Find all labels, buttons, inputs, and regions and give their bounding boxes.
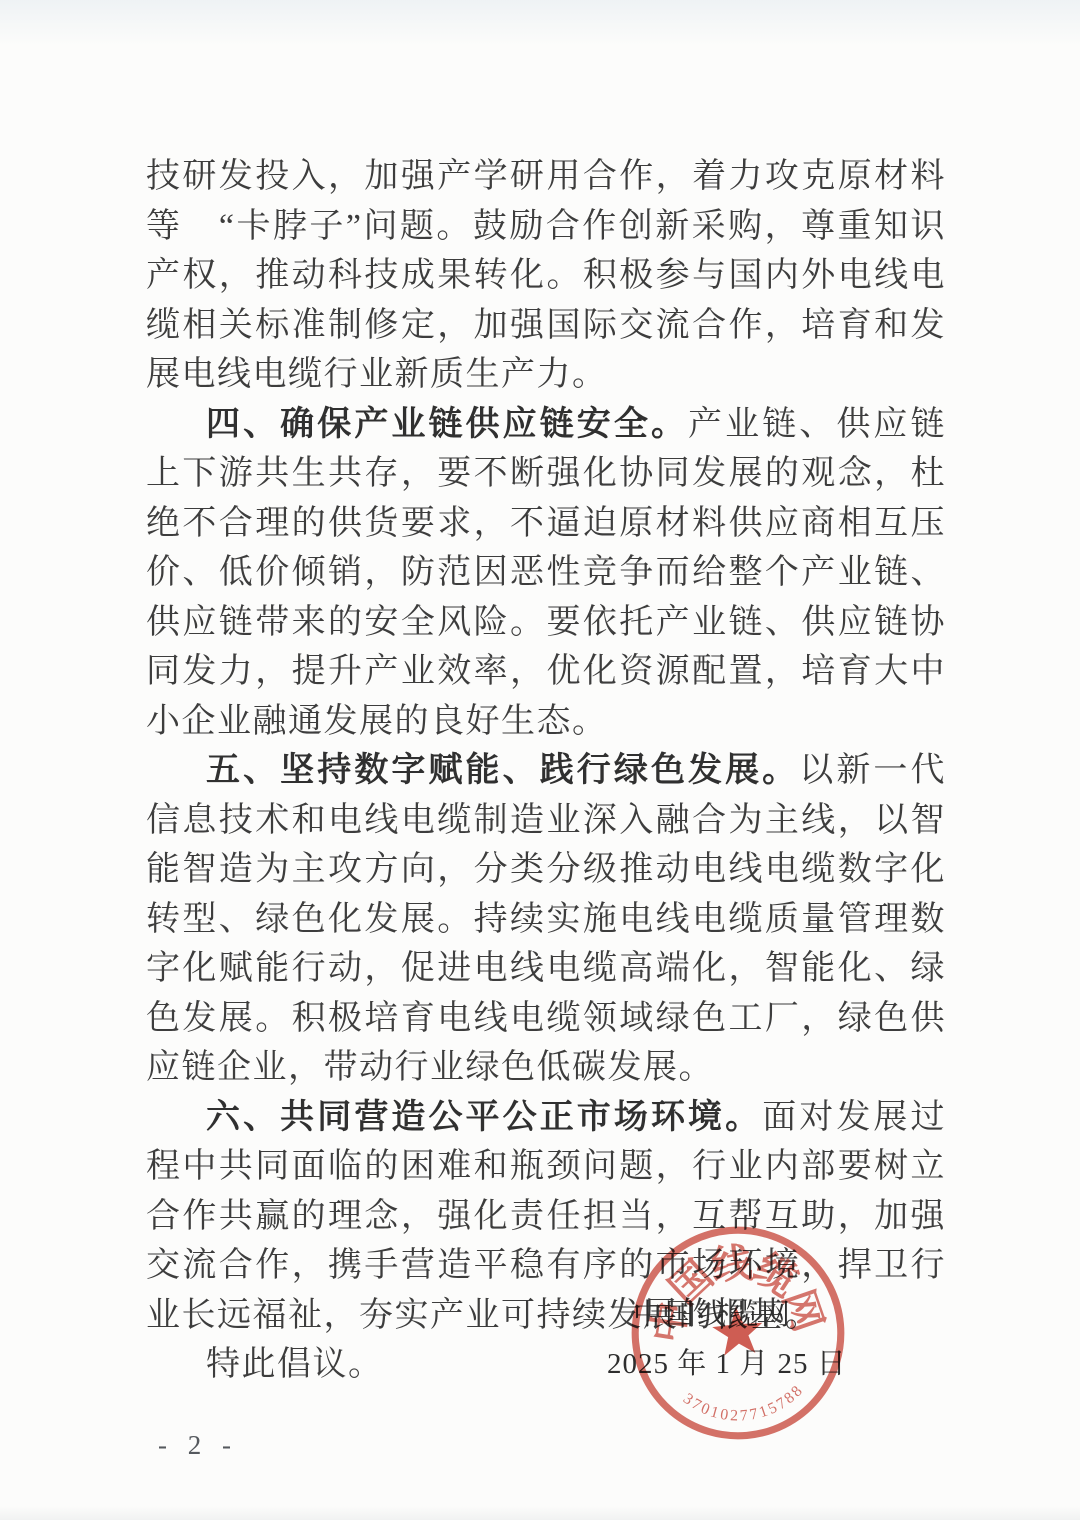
paragraph-heading: 五、坚持数字赋能、践行绿色发展。 xyxy=(206,752,799,789)
paragraph: 五、坚持数字赋能、践行绿色发展。以新一代信息技术和电线电缆制造业深入融合为主线，… xyxy=(146,746,946,1093)
paragraph-body: 以新一代信息技术和电线电缆制造业深入融合为主线，以智能智造为主攻方向，分类分级推… xyxy=(146,752,946,1086)
paragraph: 技研发投入，加强产学研用合作，着力攻克原材料等 “卡脖子”问题。鼓励合作创新采购… xyxy=(146,152,946,400)
paragraph: 四、确保产业链供应链安全。产业链、供应链上下游共生共存，要不断强化协同发展的观念… xyxy=(146,400,946,747)
paragraph-body: 技研发投入，加强产学研用合作，着力攻克原材料等 “卡脖子”问题。鼓励合作创新采购… xyxy=(146,158,946,393)
paragraph-heading: 六、共同营造公平公正市场环境。 xyxy=(206,1099,762,1136)
paragraph-body: 特此倡议。 xyxy=(206,1346,384,1383)
official-seal: 中 国 线 缆 网 3701027715788 xyxy=(614,1209,861,1456)
document-text: 技研发投入，加强产学研用合作，着力攻克原材料等 “卡脖子”问题。鼓励合作创新采购… xyxy=(146,152,946,1390)
star-icon xyxy=(711,1304,765,1356)
paragraph-body: 产业链、供应链上下游共生共存，要不断强化协同发展的观念，杜绝不合理的供货要求，不… xyxy=(146,406,946,740)
paragraph-heading: 四、确保产业链供应链安全。 xyxy=(206,406,688,443)
page-number: - 2 - xyxy=(158,1430,238,1461)
document-page: 技研发投入，加强产学研用合作，着力攻克原材料等 “卡脖子”问题。鼓励合作创新采购… xyxy=(0,0,1080,1520)
